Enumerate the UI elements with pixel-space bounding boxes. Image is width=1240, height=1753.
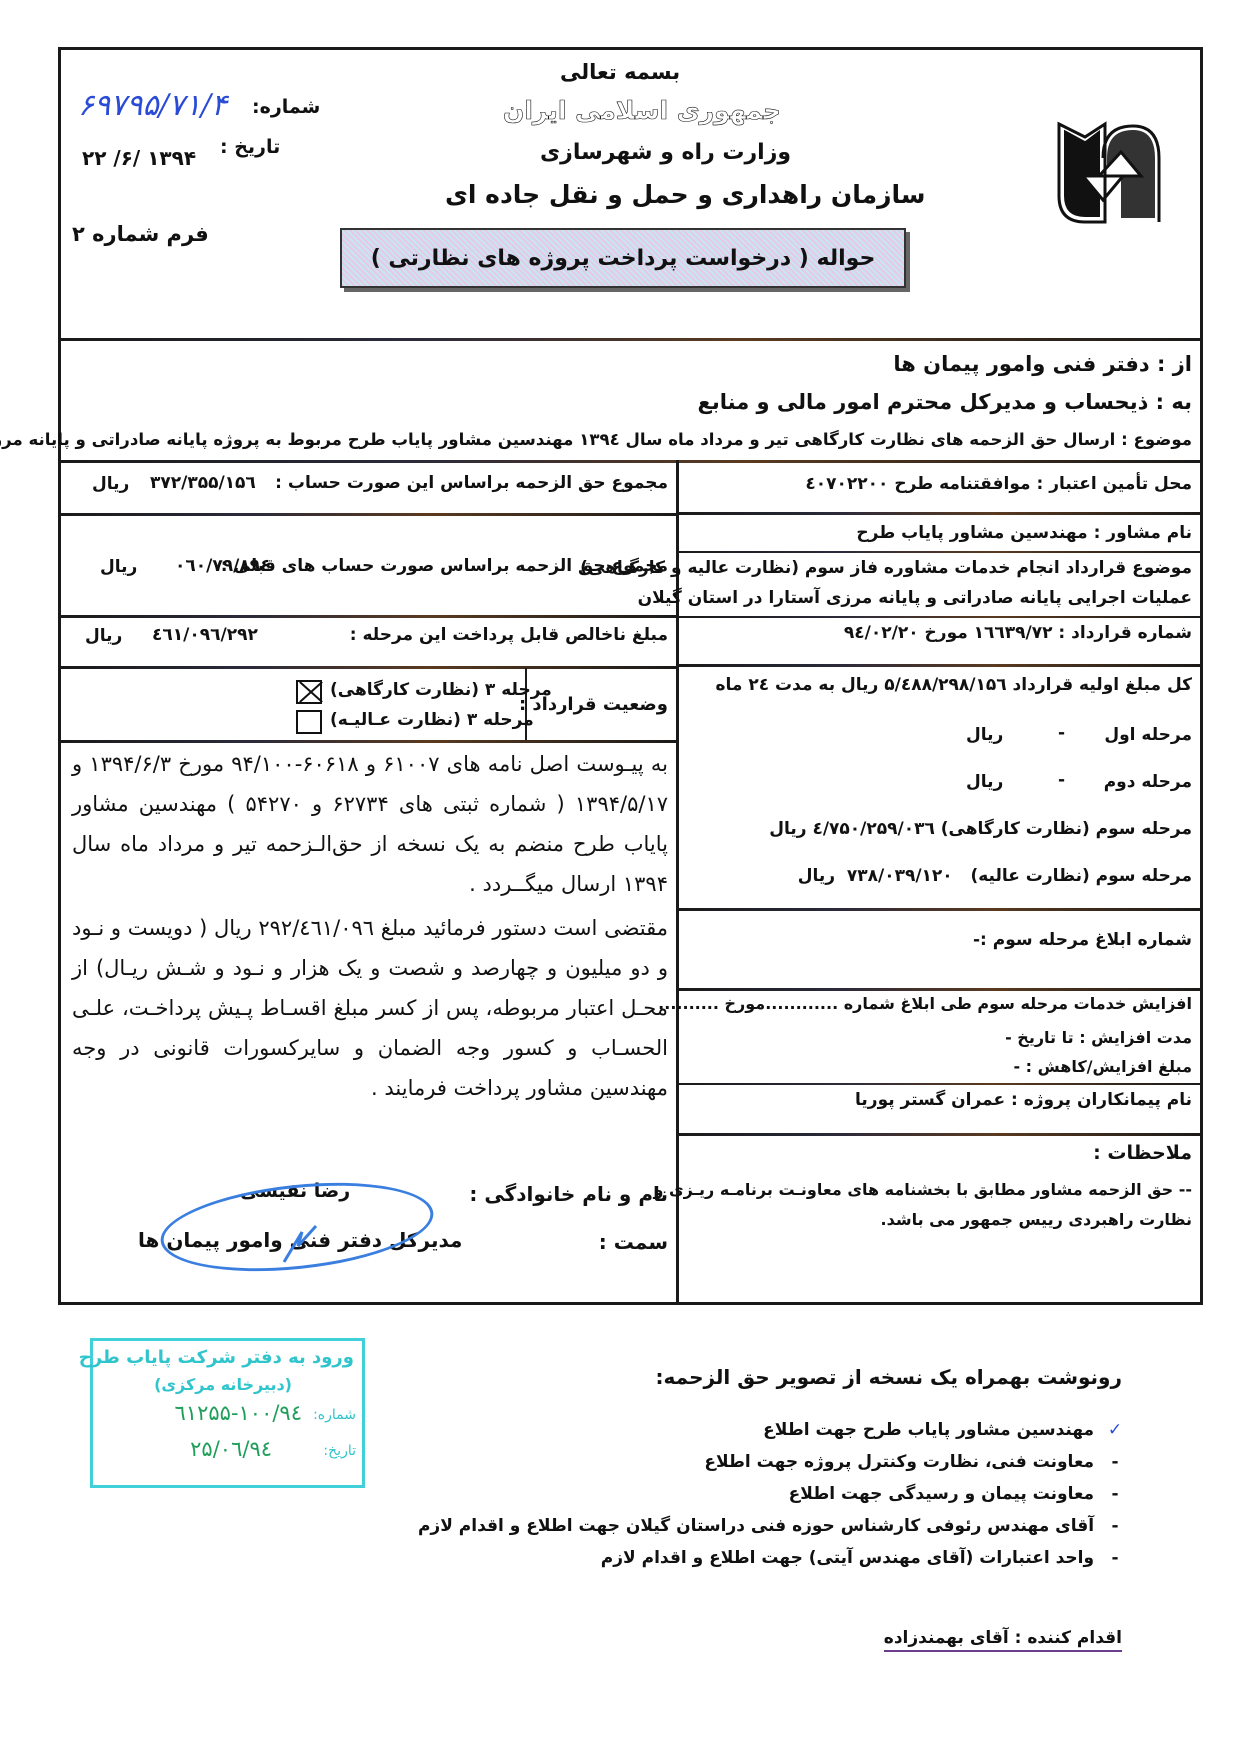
country-name: جمهوری اسلامی ایران <box>503 96 781 125</box>
phase-1-amount: - <box>1058 723 1065 743</box>
divider <box>678 988 1202 991</box>
cc-item: - واحد اعتبارات (آقای مهندس آیتی) جهت اط… <box>601 1548 1130 1568</box>
contract-subject-line1: موضوع قرارداد انجام خدمات مشاوره فاز سوم… <box>580 558 1192 578</box>
divider <box>678 512 1202 515</box>
divider <box>678 1083 1202 1085</box>
phase-3-high-label: مرحله سوم (نظارت عالیه) ۷۳۸/۰۳۹/۱۲۰ ریال <box>798 866 1192 886</box>
phase-3-site-label: مرحله سوم (نظارت کارگاهی) ٤/۷۵۰/۲۵۹/۰۳٦ … <box>769 819 1192 839</box>
sum-previous-currency: ریال <box>100 557 137 577</box>
remarks-line-2: نظارت راهبردی رییس جمهور می باشد. <box>881 1210 1192 1229</box>
dash-bullet-icon: - <box>1100 1548 1130 1568</box>
phase-3-site-text: مرحله سوم (نظارت کارگاهی) <box>941 819 1192 839</box>
increase-duration: مدت افزایش : تا تاریخ - <box>1005 1028 1192 1047</box>
body-paragraph-payment-request: مقتضی است دستور فرمائید مبلغ ۲۹۲/٤٦۱/۰۹٦… <box>72 908 668 1108</box>
divider <box>60 460 1202 463</box>
stamp-line-2: (دبیرخانه مرکزی) <box>154 1375 292 1394</box>
check-mark-icon: ✓ <box>1100 1420 1130 1440</box>
phase-3-high-currency: ریال <box>798 866 835 886</box>
letter-date: ۱۳۹۴ /۶/ ۲۲ <box>82 146 196 170</box>
phase-3-site-amount: ٤/۷۵۰/۲۵۹/۰۳٦ <box>812 819 934 839</box>
consultant-name: نام مشاور : مهندسین مشاور پایاب طرح <box>856 523 1192 543</box>
cc-item: - آقای مهندس رئوفی کارشناس حوزه فنی دراس… <box>418 1516 1130 1536</box>
document-title: حواله ( درخواست پرداخت پروژه های نظارتی … <box>371 246 876 271</box>
organization-name: سازمان راهداری و حمل و نقل جاده ای <box>445 180 925 209</box>
cc-item-text: واحد اعتبارات (آقای مهندس آیتی) جهت اطلا… <box>601 1548 1094 1568</box>
initial-contract-amount: کل مبلغ اولیه قرارداد ۵/٤۸۸/۲۹۸/۱۵٦ ریال… <box>715 675 1192 695</box>
dash-bullet-icon: - <box>1100 1452 1130 1472</box>
status-checkbox-high-supervision[interactable] <box>296 710 322 734</box>
status-checkbox-site-supervision[interactable] <box>296 680 322 704</box>
number-label: شماره: <box>252 96 320 118</box>
stamp-date-value: ۹٤/۰٦/۲۵ <box>190 1437 272 1461</box>
dash-bullet-icon: - <box>1100 1516 1130 1536</box>
stamp-number-label: شماره: <box>313 1407 356 1423</box>
phase-2-label: مرحله دوم <box>1104 772 1192 792</box>
stamp-number-value: ۱۰۰/۹٤-٦۱۲۵۵ <box>175 1401 302 1425</box>
stamp-line-1: ورود به دفتر شرکت پایاب طرح <box>79 1347 354 1368</box>
action-by: اقدام کننده : آقای بهمندزاده <box>884 1628 1122 1652</box>
cc-item: - معاونت پیمان و رسیدگی جهت اطلاع <box>789 1484 1130 1504</box>
phase-3-high-amount: ۷۳۸/۰۳۹/۱۲۰ <box>847 866 953 886</box>
ministry-name: وزارت راه و شهرسازی <box>540 140 791 165</box>
increase-amount: مبلغ افزایش/کاهش : - <box>1013 1057 1192 1076</box>
net-payable-currency: ریال <box>85 626 122 646</box>
cc-item: ✓ مهندسین مشاور پایاب طرح جهت اطلاع <box>763 1420 1130 1440</box>
cc-heading: رونوشت بهمراه یک نسخه از تصویر حق الزحمه… <box>656 1365 1122 1389</box>
cc-item-text: مهندسین مشاور پایاب طرح جهت اطلاع <box>763 1420 1094 1440</box>
phase-1-label: مرحله اول <box>1104 725 1192 745</box>
phase-2-amount: - <box>1058 770 1065 790</box>
increase-services: افزایش خدمات مرحله سوم طی ابلاغ شماره ..… <box>658 994 1192 1013</box>
funding-source: محل تأمین اعتبار : موافقتنامه طرح ٤۰۷۰۲۲… <box>805 474 1192 494</box>
cc-item-text: آقای مهندس رئوفی کارشناس حوزه فنی دراستا… <box>418 1516 1094 1536</box>
divider <box>60 513 676 516</box>
divider <box>678 1133 1202 1136</box>
divider <box>60 740 676 743</box>
date-label: تاریخ : <box>220 136 280 158</box>
sum-current-label: مجموع حق الزحمه براساس این صورت حساب : <box>275 473 668 493</box>
phase-3-high-text: مرحله سوم (نظارت عالیه) <box>970 866 1192 886</box>
net-payable-label: مبلغ ناخالص قابل پرداخت این مرحله : <box>350 625 668 645</box>
divider <box>678 664 1202 667</box>
status-option-label: مرحله ۳ (نظارت عـالیـه) <box>330 710 534 730</box>
form-number: فرم شماره ۲ <box>72 222 209 246</box>
remarks-label: ملاحظات : <box>1093 1142 1192 1164</box>
signer-title-label: سمت : <box>599 1230 668 1254</box>
divider <box>60 615 676 618</box>
sum-current-value: ۳۷۲/۳۵۵/۱۵٦ <box>150 473 256 493</box>
status-option-label: مرحله ۳ (نظارت کارگاهی) <box>330 680 552 700</box>
signer-name-label: نام و نام خانوادگی : <box>469 1182 668 1206</box>
receipt-stamp: ورود به دفتر شرکت پایاب طرح (دبیرخانه مر… <box>90 1338 365 1488</box>
phase-1-currency: ریال <box>966 725 1003 745</box>
body-paragraph-attachments: به پیـوست اصل نامه های ۶۱۰۰۷ و ۶۰۶۱۸-۹۴/… <box>72 744 668 904</box>
sum-previous-value: ۷۹/۸۹٤/۰٦۰ <box>175 556 270 576</box>
remarks-line-1: -- حق الزحمه مشاور مطابق با بخشنامه های … <box>653 1180 1192 1199</box>
divider <box>60 666 676 669</box>
cc-item-text: معاونت پیمان و رسیدگی جهت اطلاع <box>789 1484 1094 1504</box>
sum-current-currency: ریال <box>92 474 129 494</box>
phase-2-currency: ریال <box>966 772 1003 792</box>
contract-number: شماره قرارداد : ۱٦٦۳۹/۷۲ مورخ ۹٤/۰۲/۲۰ <box>844 623 1192 643</box>
stamp-date-label: تاریخ: <box>323 1443 356 1459</box>
contract-subject-line2: عملیات اجرایی پایانه صادراتی و پایانه مر… <box>638 588 1192 608</box>
project-contractors: نام پیمانکاران پروژه : عمران گستر پوریا <box>855 1090 1192 1110</box>
from-line: از : دفتر فنی وامور پیمان ها <box>893 352 1192 376</box>
cc-item: - معاونت فنی، نظارت وکنترل پروژه جهت اطل… <box>704 1452 1130 1472</box>
net-payable-value: ۲۹۲/٤٦۱/۰۹٦ <box>152 625 258 645</box>
divider <box>60 338 1202 341</box>
rmto-logo-icon <box>1055 118 1163 228</box>
dash-bullet-icon: - <box>1100 1484 1130 1504</box>
subject-line: موضوع : ارسال حق الزحمه های نظارت کارگاه… <box>0 430 1192 449</box>
bismillah: بسمه تعالی <box>560 60 680 84</box>
cc-item-text: معاونت فنی، نظارت وکنترل پروژه جهت اطلاع <box>704 1452 1094 1472</box>
divider <box>678 551 1202 553</box>
column-divider <box>676 460 679 1305</box>
divider <box>678 616 1202 618</box>
phase-3-site-currency: ریال <box>769 819 806 839</box>
divider <box>678 908 1202 911</box>
signature-stroke <box>280 1222 320 1266</box>
letter-number: ۶۹۷۹۵/۷۱/۴ <box>78 88 227 123</box>
document-title-box: حواله ( درخواست پرداخت پروژه های نظارتی … <box>340 228 906 288</box>
to-line: به : ذیحساب و مدیرکل محترم امور مالی و م… <box>698 390 1192 414</box>
phase-3-notice-number: شماره ابلاغ مرحله سوم :- <box>973 930 1192 950</box>
